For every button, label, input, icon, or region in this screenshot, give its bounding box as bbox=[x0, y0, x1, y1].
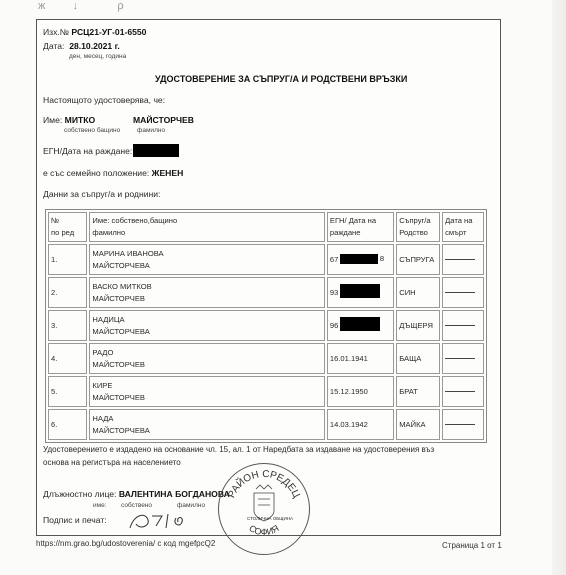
table-row: 1.МАРИНА ИВАНОВАМАЙСТОРЧЕВА678СЪПРУГА bbox=[48, 244, 484, 275]
row-name: РАДОМАЙСТОРЧЕВ bbox=[89, 343, 324, 374]
header-number-line2: по ред bbox=[51, 228, 74, 237]
row-name-last: МАЙСТОРЧЕВ bbox=[92, 393, 145, 402]
row-number: 3. bbox=[48, 310, 87, 341]
relatives-table: № по ред Име: собствено,бащино фамилно Е… bbox=[45, 209, 487, 443]
certificate-frame: Изх.№ РСЦ21-УГ-01-6550 Дата: 28.10.2021 … bbox=[36, 19, 501, 536]
row-egn: 678 bbox=[327, 244, 394, 275]
table-header-row: № по ред Име: собствено,бащино фамилно Е… bbox=[48, 212, 484, 242]
row-number: 2. bbox=[48, 277, 87, 308]
header-death: Дата на смърт bbox=[442, 212, 484, 242]
official-label: Длъжностно лице: bbox=[43, 489, 116, 499]
row-number-text: 1. bbox=[51, 255, 57, 264]
row-relation: БРАТ bbox=[396, 376, 440, 407]
signature-label: Подпис и печат: bbox=[43, 515, 107, 525]
bleed-through-marks: ж ↓ ρ bbox=[38, 0, 127, 12]
reference-label: Изх.№ bbox=[43, 27, 69, 37]
reference-number: РСЦ21-УГ-01-6550 bbox=[71, 27, 146, 37]
row-name-first: КИРЕ bbox=[92, 381, 112, 390]
svg-text:РАЙОН СРЕДЕЦ: РАЙОН СРЕДЕЦ bbox=[226, 469, 302, 500]
signature-scribble bbox=[128, 510, 198, 532]
basis-line-1: Удостоверението е издадено на основание … bbox=[43, 445, 434, 454]
document-title: УДОСТОВЕРЕНИЕ ЗА СЪПРУГ/А И РОДСТВЕНИ ВР… bbox=[155, 74, 407, 84]
row-egn-text: 15.12.1950 bbox=[330, 387, 368, 396]
row-death bbox=[442, 343, 484, 374]
row-egn-text: 14.03.1942 bbox=[330, 420, 368, 429]
marital-label: е със семейно положение: bbox=[43, 168, 149, 178]
row-name: НАДАМАЙСТОРЧЕВА bbox=[89, 409, 324, 440]
row-relation: СЪПРУГА bbox=[396, 244, 440, 275]
marital-value: ЖЕНЕН bbox=[152, 168, 184, 178]
row-name: НАДИЦАМАЙСТОРЧЕВА bbox=[89, 310, 324, 341]
header-name-line1: Име: собствено,бащино bbox=[92, 216, 177, 225]
row-name-first: МАРИНА ИВАНОВА bbox=[92, 249, 163, 258]
row-egn-text: 67 bbox=[330, 255, 338, 264]
row-name-first: ВАСКО МИТКОВ bbox=[92, 282, 151, 291]
last-name: МАЙСТОРЧЕВ bbox=[133, 115, 194, 125]
header-name: Име: собствено,бащино фамилно bbox=[89, 212, 324, 242]
intro-text: Настоящото удостоверява, че: bbox=[43, 95, 165, 105]
row-relation-text: ДЪЩЕРЯ bbox=[399, 321, 433, 330]
row-name-first: НАДИЦА bbox=[92, 315, 124, 324]
row-name: КИРЕМАЙСТОРЧЕВ bbox=[89, 376, 324, 407]
row-name-last: МАЙСТОРЧЕВА bbox=[92, 426, 149, 435]
table-row: 2.ВАСКО МИТКОВМАЙСТОРЧЕВ93СИН bbox=[48, 277, 484, 308]
row-relation: БАЩА bbox=[396, 343, 440, 374]
row-name: МАРИНА ИВАНОВАМАЙСТОРЧЕВА bbox=[89, 244, 324, 275]
row-egn-tail: 8 bbox=[380, 253, 384, 265]
page-indicator: Страница 1 от 1 bbox=[442, 541, 502, 550]
stamp-top-text: РАЙОН СРЕДЕЦ bbox=[226, 469, 302, 500]
stamp-inner-text: СТОЛИЧНА ОБЩИНА bbox=[247, 516, 293, 521]
row-name-last: МАЙСТОРЧЕВА bbox=[92, 327, 149, 336]
row-number: 6. bbox=[48, 409, 87, 440]
first-name: МИТКО bbox=[65, 115, 96, 125]
header-number: № по ред bbox=[48, 212, 87, 242]
official-hint-3: фамилно bbox=[177, 502, 205, 509]
row-death bbox=[442, 310, 484, 341]
relatives-label: Данни за съпруг/а и роднини: bbox=[43, 189, 160, 199]
row-death-dash bbox=[445, 325, 475, 326]
marital-line: е със семейно положение: ЖЕНЕН bbox=[43, 168, 183, 178]
date-line: Дата: 28.10.2021 г. bbox=[43, 41, 120, 51]
reference-line: Изх.№ РСЦ21-УГ-01-6550 bbox=[43, 27, 146, 37]
header-relation-line1: Съпруг/а bbox=[399, 216, 430, 225]
header-egn-line1: ЕГН/ Дата на bbox=[330, 216, 376, 225]
row-number-text: 5. bbox=[51, 387, 57, 396]
row-name-first: РАДО bbox=[92, 348, 113, 357]
egn-label: ЕГН/Дата на раждане: bbox=[43, 146, 132, 156]
scan-edge bbox=[552, 0, 566, 575]
row-relation: МАЙКА bbox=[396, 409, 440, 440]
egn-line: ЕГН/Дата на раждане: 58 bbox=[43, 146, 144, 156]
row-death-dash bbox=[445, 358, 475, 359]
table-row: 3.НАДИЦАМАЙСТОРЧЕВА96ДЪЩЕРЯ bbox=[48, 310, 484, 341]
egn-redaction bbox=[340, 284, 380, 298]
header-egn: ЕГН/ Дата на раждане bbox=[327, 212, 394, 242]
date-label: Дата: bbox=[43, 41, 64, 51]
header-relation: Съпруг/а Родство bbox=[396, 212, 440, 242]
row-name-last: МАЙСТОРЧЕВ bbox=[92, 294, 145, 303]
row-death bbox=[442, 244, 484, 275]
header-death-line2: смърт bbox=[445, 228, 466, 237]
row-egn: 15.12.1950 bbox=[327, 376, 394, 407]
official-line: Длъжностно лице: ВАЛЕНТИНА БОГДАНОВА bbox=[43, 489, 230, 499]
stamp-ring-text: РАЙОН СРЕДЕЦ СОФИЯ bbox=[218, 463, 310, 555]
header-death-line1: Дата на bbox=[445, 216, 472, 225]
header-name-line2: фамилно bbox=[92, 228, 125, 237]
row-name-last: МАЙСТОРЧЕВ bbox=[92, 360, 145, 369]
official-hint-2: собствено bbox=[121, 502, 152, 509]
egn-redaction bbox=[133, 144, 179, 157]
date-value: 28.10.2021 г. bbox=[69, 41, 120, 51]
row-egn-text: 96 bbox=[330, 321, 338, 330]
table-row: 6.НАДАМАЙСТОРЧЕВА14.03.1942МАЙКА bbox=[48, 409, 484, 440]
row-death-dash bbox=[445, 391, 475, 392]
row-death bbox=[442, 277, 484, 308]
row-death-dash bbox=[445, 424, 475, 425]
date-hint: ден, месец, година bbox=[69, 53, 126, 60]
basis-line-2: основа на регистъра на населението bbox=[43, 458, 181, 467]
row-name-last: МАЙСТОРЧЕВА bbox=[92, 261, 149, 270]
row-number: 1. bbox=[48, 244, 87, 275]
official-name: ВАЛЕНТИНА БОГДАНОВА bbox=[119, 489, 230, 499]
official-stamp: РАЙОН СРЕДЕЦ СОФИЯ СТОЛИЧНА ОБЩИНА bbox=[218, 463, 310, 555]
row-relation-text: БАЩА bbox=[399, 354, 421, 363]
row-number-text: 2. bbox=[51, 288, 57, 297]
row-number-text: 4. bbox=[51, 354, 57, 363]
name-label: Име: bbox=[43, 115, 62, 125]
row-number: 4. bbox=[48, 343, 87, 374]
row-relation-text: СЪПРУГА bbox=[399, 255, 434, 264]
row-relation-text: СИН bbox=[399, 288, 415, 297]
row-number: 5. bbox=[48, 376, 87, 407]
header-egn-line2: раждане bbox=[330, 228, 361, 237]
name-hint-first: собствено бащино bbox=[64, 127, 120, 134]
row-relation: ДЪЩЕРЯ bbox=[396, 310, 440, 341]
header-number-line1: № bbox=[51, 216, 59, 225]
row-egn: 14.03.1942 bbox=[327, 409, 394, 440]
row-relation-text: МАЙКА bbox=[399, 420, 425, 429]
header-relation-line2: Родство bbox=[399, 228, 428, 237]
stamp-bottom-text: СОФИЯ bbox=[247, 523, 280, 537]
row-relation-text: БРАТ bbox=[399, 387, 418, 396]
row-name: ВАСКО МИТКОВМАЙСТОРЧЕВ bbox=[89, 277, 324, 308]
row-death-dash bbox=[445, 259, 475, 260]
row-egn: 96 bbox=[327, 310, 394, 341]
row-egn-text: 93 bbox=[330, 288, 338, 297]
row-name-first: НАДА bbox=[92, 414, 113, 423]
row-egn: 93 bbox=[327, 277, 394, 308]
row-egn-text: 16.01.1941 bbox=[330, 354, 368, 363]
name-hint-last: фамилно bbox=[137, 127, 165, 134]
official-hint-1: име: bbox=[93, 502, 107, 509]
row-death-dash bbox=[445, 292, 475, 293]
row-death bbox=[442, 376, 484, 407]
svg-text:СОФИЯ: СОФИЯ bbox=[247, 523, 280, 537]
table-row: 5.КИРЕМАЙСТОРЧЕВ15.12.1950БРАТ bbox=[48, 376, 484, 407]
row-death bbox=[442, 409, 484, 440]
table-body: 1.МАРИНА ИВАНОВАМАЙСТОРЧЕВА678СЪПРУГА2.В… bbox=[48, 244, 484, 440]
name-line: Име: МИТКО bbox=[43, 115, 95, 125]
verification-url[interactable]: https://nm.grao.bg/udostoverenia/ с код … bbox=[36, 539, 215, 548]
row-relation: СИН bbox=[396, 277, 440, 308]
row-egn: 16.01.1941 bbox=[327, 343, 394, 374]
row-number-text: 6. bbox=[51, 420, 57, 429]
row-number-text: 3. bbox=[51, 321, 57, 330]
egn-redaction bbox=[340, 254, 378, 264]
egn-redaction bbox=[340, 317, 380, 331]
table-row: 4.РАДОМАЙСТОРЧЕВ16.01.1941БАЩА bbox=[48, 343, 484, 374]
